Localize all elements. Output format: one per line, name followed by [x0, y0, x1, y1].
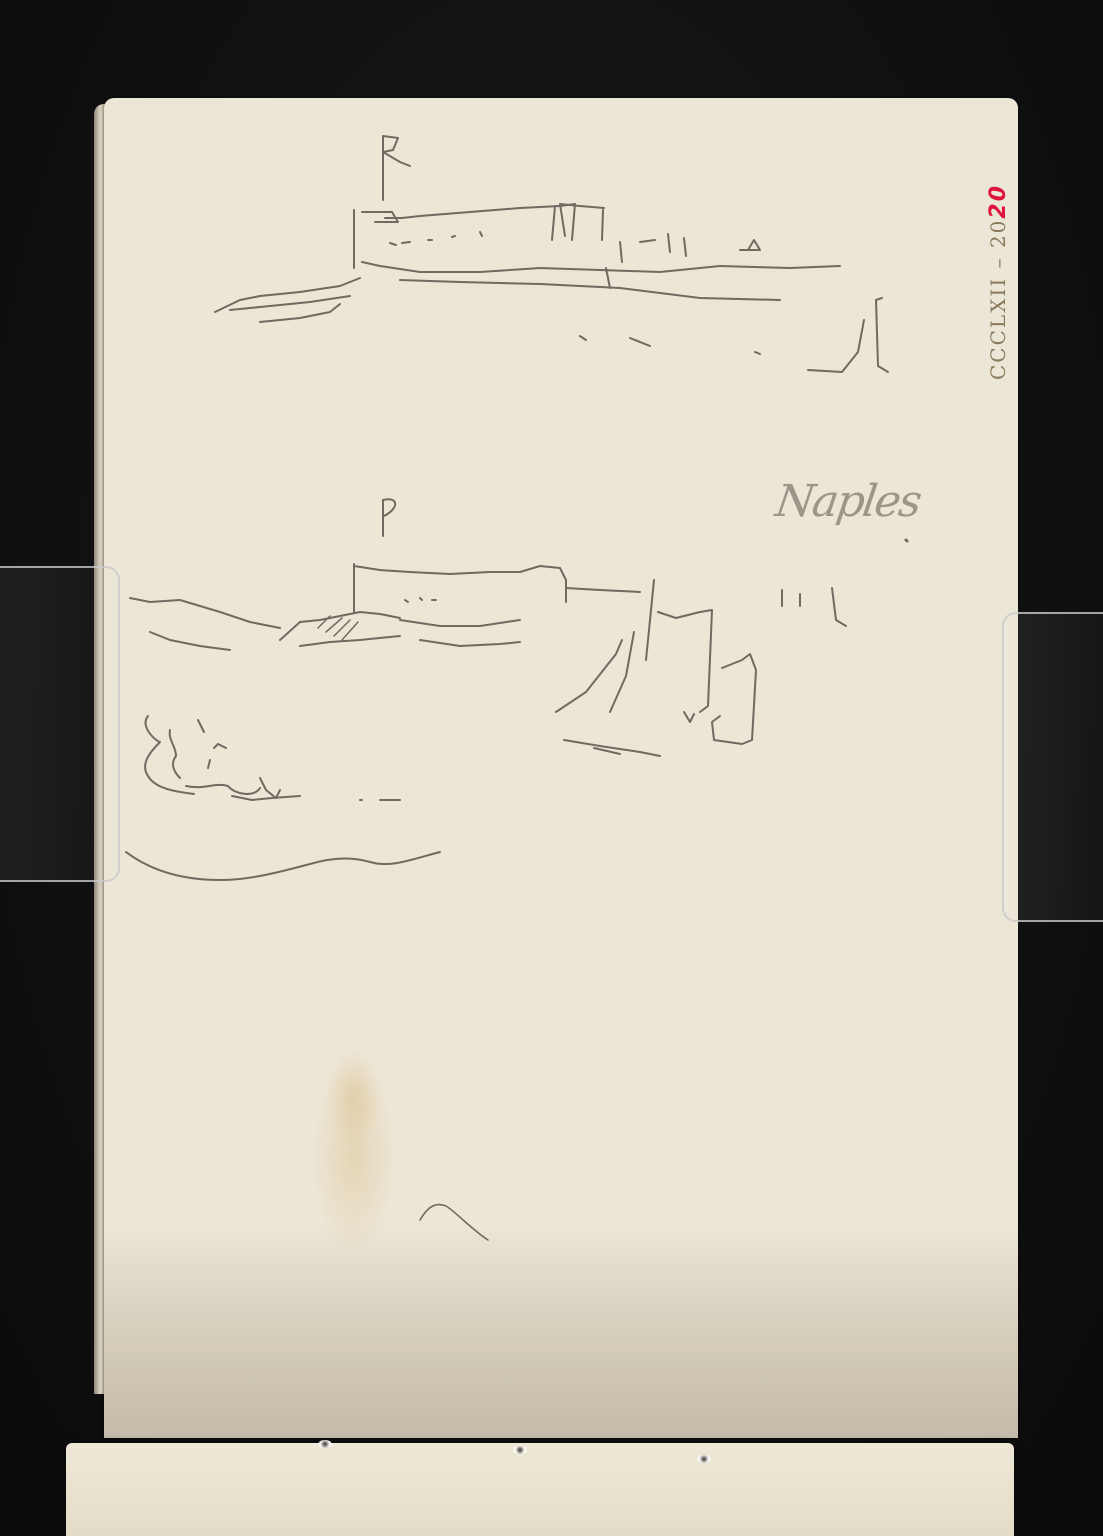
handwritten-note: Naples [772, 476, 923, 527]
right-page-clip [1002, 612, 1103, 922]
binding-hole [318, 1440, 332, 1448]
binding-hole [697, 1455, 711, 1463]
binding-hole [513, 1446, 527, 1454]
catalogue-printed: CCCLXII – 20 [986, 219, 1010, 380]
left-page-clip [0, 566, 120, 882]
catalogue-number: CCCLXII – 2020 [986, 184, 1011, 380]
sketchbook-page [104, 98, 1018, 1438]
next-sketchbook-page [66, 1443, 1014, 1536]
catalogue-red-annotation: 20 [986, 184, 1011, 219]
